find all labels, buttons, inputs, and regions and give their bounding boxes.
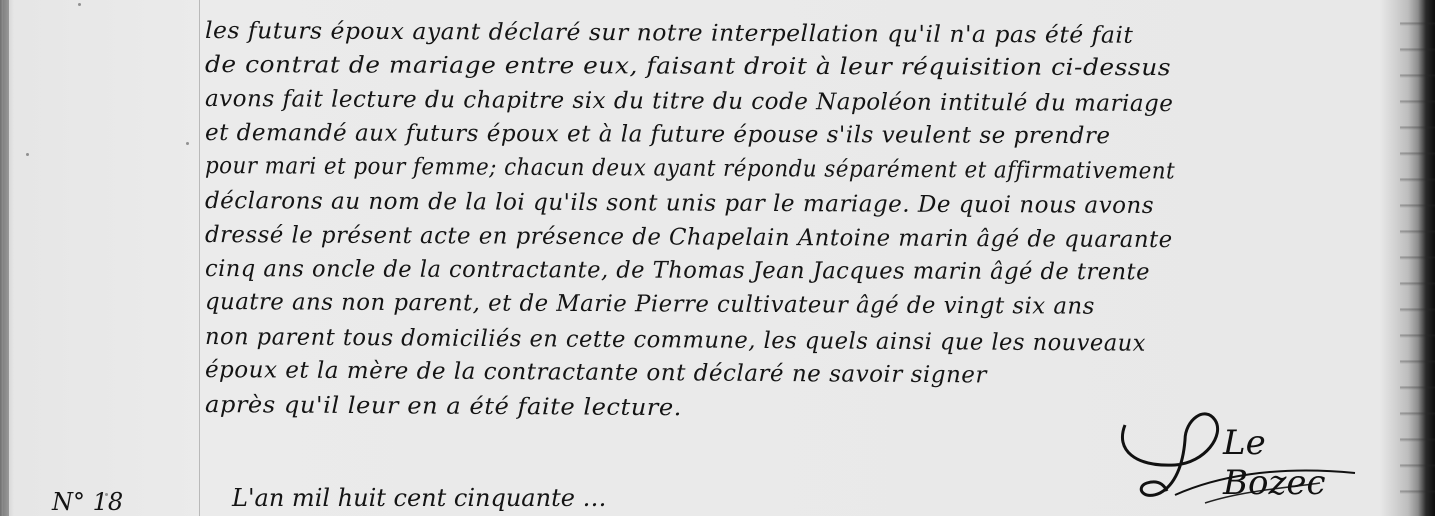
handwritten-line-7: dressé le présent acte en présence de Ch… [205, 222, 1173, 253]
handwritten-line-1: les futurs époux ayant déclaré sur notre… [205, 18, 1133, 49]
handwritten-line-8: cinq ans oncle de la contractante, de Th… [205, 256, 1150, 285]
handwritten-line-3: avons fait lecture du chapitre six du ti… [205, 86, 1174, 117]
next-entry-opening: L'an mil huit cent cinquante … [232, 484, 607, 512]
margin-rule-line [199, 0, 200, 516]
paper-speck [26, 153, 29, 156]
officer-signature: Le Bozec [1105, 395, 1365, 505]
paper-speck [186, 142, 189, 145]
paper-speck [78, 3, 81, 6]
handwritten-line-9: quatre ans non parent, et de Marie Pierr… [205, 289, 1095, 320]
next-entry-number: N° 18 [52, 488, 123, 516]
handwritten-line-5: pour mari et pour femme; chacun deux aya… [205, 153, 1175, 184]
signature-name: Le Bozec [1223, 423, 1365, 503]
handwritten-line-6: déclarons au nom de la loi qu'ils sont u… [205, 188, 1154, 219]
right-binding-edge [1400, 0, 1435, 516]
handwritten-line-12: après qu'il leur en a été faite lecture. [205, 392, 682, 421]
handwritten-line-10: non parent tous domiciliés en cette comm… [205, 324, 1146, 357]
handwritten-line-0: … publications du mariage ne nous ayant … [205, 0, 924, 12]
handwritten-line-11: époux et la mère de la contractante ont … [205, 357, 987, 388]
left-page-edge [3, 0, 9, 516]
handwritten-line-4: et demandé aux futurs époux et à la futu… [205, 120, 1111, 149]
handwritten-line-2: de contrat de mariage entre eux, faisant… [205, 52, 1171, 81]
register-page: … publications du mariage ne nous ayant … [0, 0, 1435, 516]
